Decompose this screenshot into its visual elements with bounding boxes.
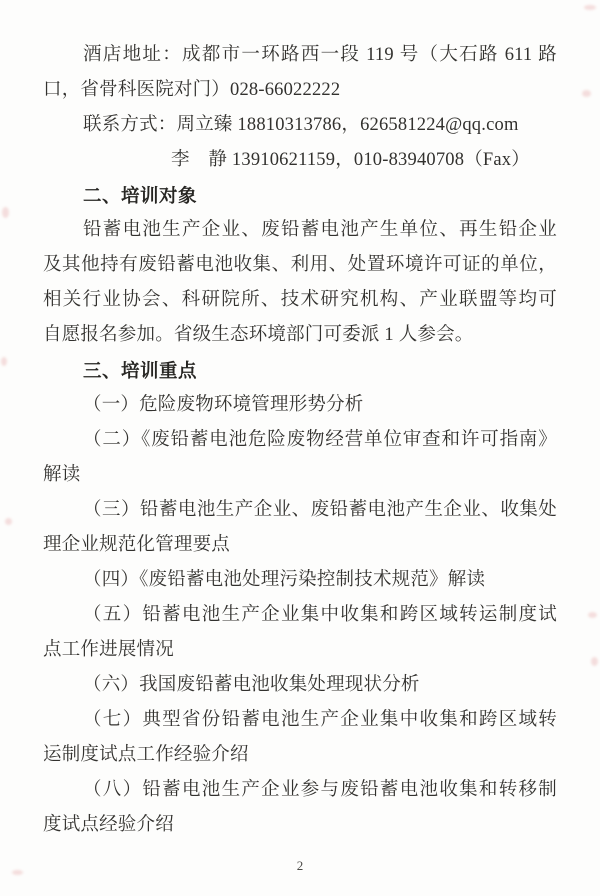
focus-item-4: （四）《废铅蓄电池处理污染控制技术规范》解读: [43, 563, 557, 598]
scan-artifact: [591, 657, 598, 666]
contact-line-2: 李 静 13910621159，010-83940708（Fax）: [43, 143, 557, 178]
training-targets-line-1: 铅蓄电池生产企业、废铅蓄电池产生单位、再生铅企业: [43, 213, 557, 248]
scan-artifact: [1, 357, 7, 366]
focus-item-5-line-1: （五）铅蓄电池生产企业集中收集和跨区域转运制度试: [43, 598, 557, 633]
focus-item-1: （一）危险废物环境管理形势分析: [43, 388, 557, 423]
scan-artifact: [5, 518, 12, 525]
focus-item-3-line-1: （三）铅蓄电池生产企业、废铅蓄电池产生企业、收集处: [43, 493, 557, 528]
scan-artifact: [582, 90, 591, 97]
hotel-address-line-1: 酒店地址：成都市一环路西一段 119 号（大石路 611 路: [43, 38, 557, 73]
contact-line-1: 联系方式：周立臻 18810313786，626581224@qq.com: [43, 108, 557, 143]
section-heading-training-targets: 二、培训对象: [43, 178, 557, 213]
focus-item-5-line-2: 点工作进展情况: [43, 633, 557, 668]
scan-artifact: [588, 612, 597, 618]
scan-artifact: [2, 207, 9, 218]
focus-item-3-line-2: 理企业规范化管理要点: [43, 528, 557, 563]
focus-item-7-line-2: 运制度试点工作经验介绍: [43, 738, 557, 773]
training-targets-line-2: 及其他持有废铅蓄电池收集、利用、处置环境许可证的单位，: [43, 248, 557, 283]
page-number: 2: [0, 858, 600, 874]
training-targets-line-3: 相关行业协会、科研院所、技术研究机构、产业联盟等均可: [43, 283, 557, 318]
section-heading-training-focus: 三、培训重点: [43, 353, 557, 388]
focus-item-6: （六）我国废铅蓄电池收集处理现状分析: [43, 668, 557, 703]
focus-item-2-line-2: 解读: [43, 458, 557, 493]
focus-item-2-line-1: （二）《废铅蓄电池危险废物经营单位审查和许可指南》: [43, 423, 557, 458]
scan-artifact: [584, 5, 596, 10]
document-body: 酒店地址：成都市一环路西一段 119 号（大石路 611 路 口，省骨科医院对门…: [43, 38, 557, 843]
training-targets-line-4: 自愿报名参加。省级生态环境部门可委派 1 人参会。: [43, 318, 557, 353]
focus-item-8-line-2: 度试点经验介绍: [43, 808, 557, 843]
scanned-document-page: 酒店地址：成都市一环路西一段 119 号（大石路 611 路 口，省骨科医院对门…: [0, 0, 600, 896]
focus-item-7-line-1: （七）典型省份铅蓄电池生产企业集中收集和跨区域转: [43, 703, 557, 738]
focus-item-8-line-1: （八）铅蓄电池生产企业参与废铅蓄电池收集和转移制: [43, 773, 557, 808]
hotel-address-line-2: 口，省骨科医院对门）028-66022222: [43, 73, 557, 108]
